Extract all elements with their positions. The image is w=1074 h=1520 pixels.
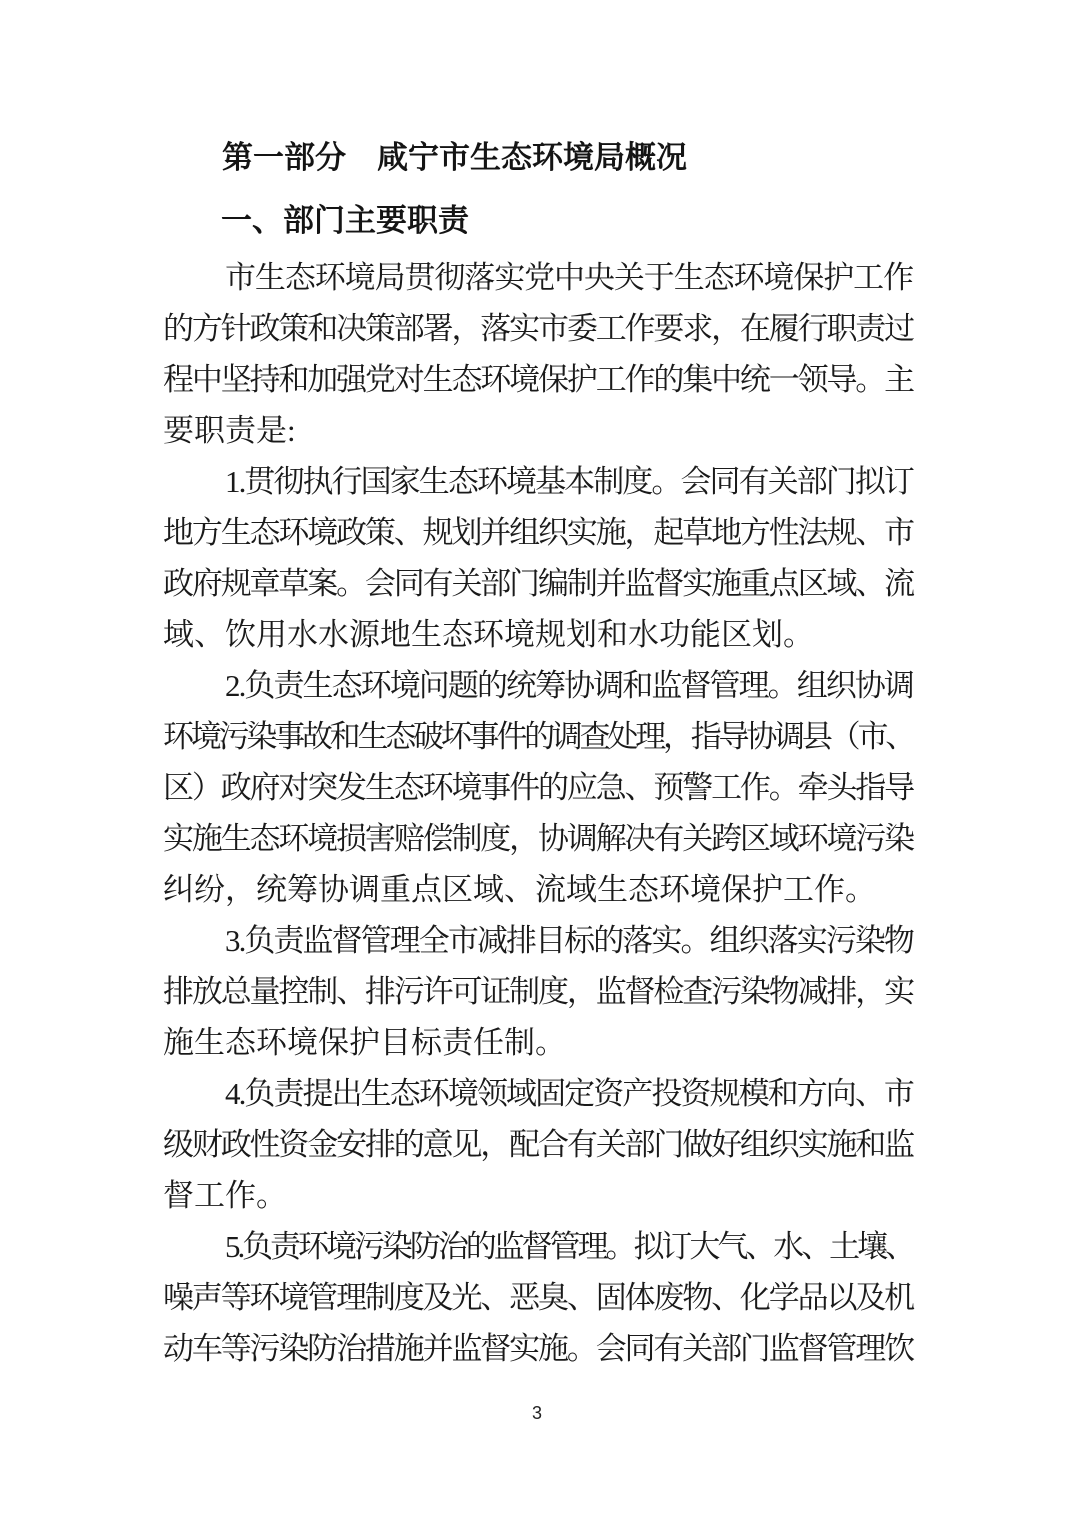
body-line-text: 区）政府对突发生态环境事件的应急、预警工作。牵头指导 — [163, 770, 913, 805]
body-line: 政府规章草案。会同有关部门编制并监督实施重点区域、流 — [163, 558, 913, 609]
document-body: 市生态环境局贯彻落实党中央关于生态环境保护工作的方针政策和决策部署，落实市委工作… — [163, 252, 913, 1374]
body-line: 程中坚持和加强党对生态环境保护工作的集中统一领导。主 — [163, 354, 913, 405]
body-line-text: 督工作。 — [163, 1178, 287, 1213]
body-line-text: 级财政性资金安排的意见，配合有关部门做好组织实施和监 — [163, 1127, 913, 1162]
paragraph: 市生态环境局贯彻落实党中央关于生态环境保护工作的方针政策和决策部署，落实市委工作… — [163, 252, 913, 456]
body-line-text: 5.负责环境污染防治的监督管理。拟订大气、水、土壤、 — [225, 1229, 913, 1264]
body-line-text: 程中坚持和加强党对生态环境保护工作的集中统一领导。主 — [163, 362, 913, 397]
part-heading: 第一部分 咸宁市生态环境局概况 — [222, 140, 687, 176]
document-page: 第一部分 咸宁市生态环境局概况 一、部门主要职责 市生态环境局贯彻落实党中央关于… — [0, 0, 1074, 1520]
body-line: 动车等污染防治措施并监督实施。会同有关部门监督管理饮 — [163, 1323, 913, 1374]
body-line-text: 动车等污染防治措施并监督实施。会同有关部门监督管理饮 — [163, 1331, 913, 1366]
body-line: 实施生态环境损害赔偿制度，协调解决有关跨区域环境污染 — [163, 813, 913, 864]
body-line: 纠纷，统筹协调重点区域、流域生态环境保护工作。 — [163, 864, 913, 915]
body-line-text: 纠纷，统筹协调重点区域、流域生态环境保护工作。 — [163, 872, 876, 907]
section-heading: 一、部门主要职责 — [221, 203, 469, 239]
body-line-text: 的方针政策和决策部署，落实市委工作要求，在履行职责过 — [163, 311, 913, 346]
body-line: 地方生态环境政策、规划并组织实施，起草地方性法规、市 — [163, 507, 913, 558]
paragraph: 5.负责环境污染防治的监督管理。拟订大气、水、土壤、噪声等环境管理制度及光、恶臭… — [163, 1221, 913, 1374]
body-line-text: 3.负责监督管理全市减排目标的落实。组织落实污染物 — [225, 923, 913, 958]
body-line-text: 2.负责生态环境问题的统筹协调和监督管理。组织协调 — [225, 668, 913, 703]
body-line-text: 施生态环境保护目标责任制。 — [163, 1025, 566, 1060]
body-line: 级财政性资金安排的意见，配合有关部门做好组织实施和监 — [163, 1119, 913, 1170]
body-line: 排放总量控制、排污许可证制度，监督检查污染物减排，实 — [163, 966, 913, 1017]
body-line: 3.负责监督管理全市减排目标的落实。组织落实污染物 — [163, 915, 913, 966]
body-line: 噪声等环境管理制度及光、恶臭、固体废物、化学品以及机 — [163, 1272, 913, 1323]
body-line-text: 噪声等环境管理制度及光、恶臭、固体废物、化学品以及机 — [163, 1280, 913, 1315]
body-line: 域、饮用水水源地生态环境规划和水功能区划。 — [163, 609, 913, 660]
body-line-text: 4.负责提出生态环境领域固定资产投资规模和方向、市 — [225, 1076, 913, 1111]
body-line-text: 环境污染事故和生态破坏事件的调查处理，指导协调县（市、 — [163, 719, 913, 754]
body-line-text: 要职责是: — [163, 413, 296, 448]
body-line-text: 地方生态环境政策、规划并组织实施，起草地方性法规、市 — [163, 515, 913, 550]
paragraph: 2.负责生态环境问题的统筹协调和监督管理。组织协调环境污染事故和生态破坏事件的调… — [163, 660, 913, 915]
body-line: 施生态环境保护目标责任制。 — [163, 1017, 913, 1068]
body-line: 区）政府对突发生态环境事件的应急、预警工作。牵头指导 — [163, 762, 913, 813]
body-line: 5.负责环境污染防治的监督管理。拟订大气、水、土壤、 — [163, 1221, 913, 1272]
page-number: 3 — [0, 1401, 1074, 1425]
body-line: 督工作。 — [163, 1170, 913, 1221]
body-line-text: 实施生态环境损害赔偿制度，协调解决有关跨区域环境污染 — [163, 821, 913, 856]
body-line: 2.负责生态环境问题的统筹协调和监督管理。组织协调 — [163, 660, 913, 711]
body-line-text: 市生态环境局贯彻落实党中央关于生态环境保护工作 — [225, 260, 913, 295]
body-line-text: 1.贯彻执行国家生态环境基本制度。会同有关部门拟订 — [225, 464, 913, 499]
body-line: 的方针政策和决策部署，落实市委工作要求，在履行职责过 — [163, 303, 913, 354]
body-line-text: 域、饮用水水源地生态环境规划和水功能区划。 — [163, 617, 814, 652]
body-line: 环境污染事故和生态破坏事件的调查处理，指导协调县（市、 — [163, 711, 913, 762]
body-line: 1.贯彻执行国家生态环境基本制度。会同有关部门拟订 — [163, 456, 913, 507]
paragraph: 1.贯彻执行国家生态环境基本制度。会同有关部门拟订地方生态环境政策、规划并组织实… — [163, 456, 913, 660]
body-line: 市生态环境局贯彻落实党中央关于生态环境保护工作 — [163, 252, 913, 303]
body-line: 4.负责提出生态环境领域固定资产投资规模和方向、市 — [163, 1068, 913, 1119]
paragraph: 3.负责监督管理全市减排目标的落实。组织落实污染物排放总量控制、排污许可证制度，… — [163, 915, 913, 1068]
body-line-text: 排放总量控制、排污许可证制度，监督检查污染物减排，实 — [163, 974, 913, 1009]
body-line: 要职责是: — [163, 405, 913, 456]
paragraph: 4.负责提出生态环境领域固定资产投资规模和方向、市级财政性资金安排的意见，配合有… — [163, 1068, 913, 1221]
body-line-text: 政府规章草案。会同有关部门编制并监督实施重点区域、流 — [163, 566, 913, 601]
